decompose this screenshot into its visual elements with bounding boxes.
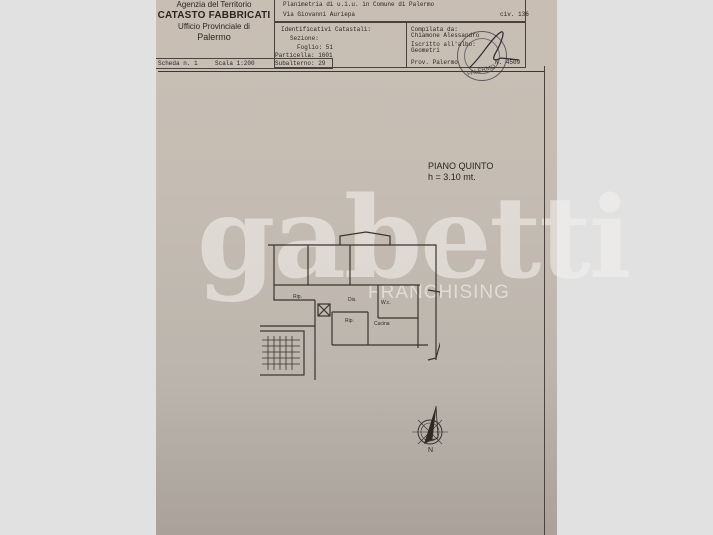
- plan-title: Planimetria di u.i.u. in Comune di Paler…: [283, 1, 434, 8]
- identificativi-box: Identificativi Catastali: Sezione: Fogli…: [274, 22, 407, 68]
- office-label: Ufficio Provinciale di: [156, 22, 272, 32]
- identificativi-heading: Identificativi Catastali:: [281, 26, 371, 33]
- scale: Scala 1:200: [215, 60, 255, 67]
- floor-plan: [260, 230, 440, 380]
- agency-header: Agenzia del Territorio CATASTO FABBRICAT…: [156, 0, 272, 57]
- civic-number: civ. 136: [500, 11, 529, 18]
- cadastral-document: Agenzia del Territorio CATASTO FABBRICAT…: [156, 0, 557, 535]
- page-edge-line: [544, 66, 545, 535]
- sezione: Sezione:: [290, 35, 319, 42]
- compass-n-label: N: [428, 447, 433, 454]
- province: Prov. Palermo: [411, 59, 458, 66]
- particella: Particella: 1601: [275, 52, 333, 59]
- address: Via Giovanni Auriepa: [283, 11, 355, 18]
- room-label-dis: Dis.: [348, 297, 357, 303]
- compass-north-icon: N: [408, 400, 452, 460]
- office-city: Palermo: [156, 32, 272, 43]
- catasto-title: CATASTO FABBRICATI: [156, 10, 272, 22]
- agency-name: Agenzia del Territorio: [156, 0, 272, 10]
- room-label-rip-2: Rip.: [345, 318, 354, 324]
- room-label-wc: W.c.: [381, 300, 391, 306]
- title-box: Planimetria di u.i.u. in Comune di Paler…: [274, 0, 526, 22]
- room-label-cucina: Cucina: [374, 321, 390, 327]
- subalterno: Subalterno: 29: [275, 60, 325, 67]
- scheda-number: Scheda n. 1: [158, 60, 198, 67]
- albo-label: Geometri: [411, 47, 440, 54]
- floor-name: PIANO QUINTO: [428, 161, 493, 172]
- room-label-rip: Rip.: [293, 294, 302, 300]
- foglio: Foglio: 51: [297, 44, 333, 51]
